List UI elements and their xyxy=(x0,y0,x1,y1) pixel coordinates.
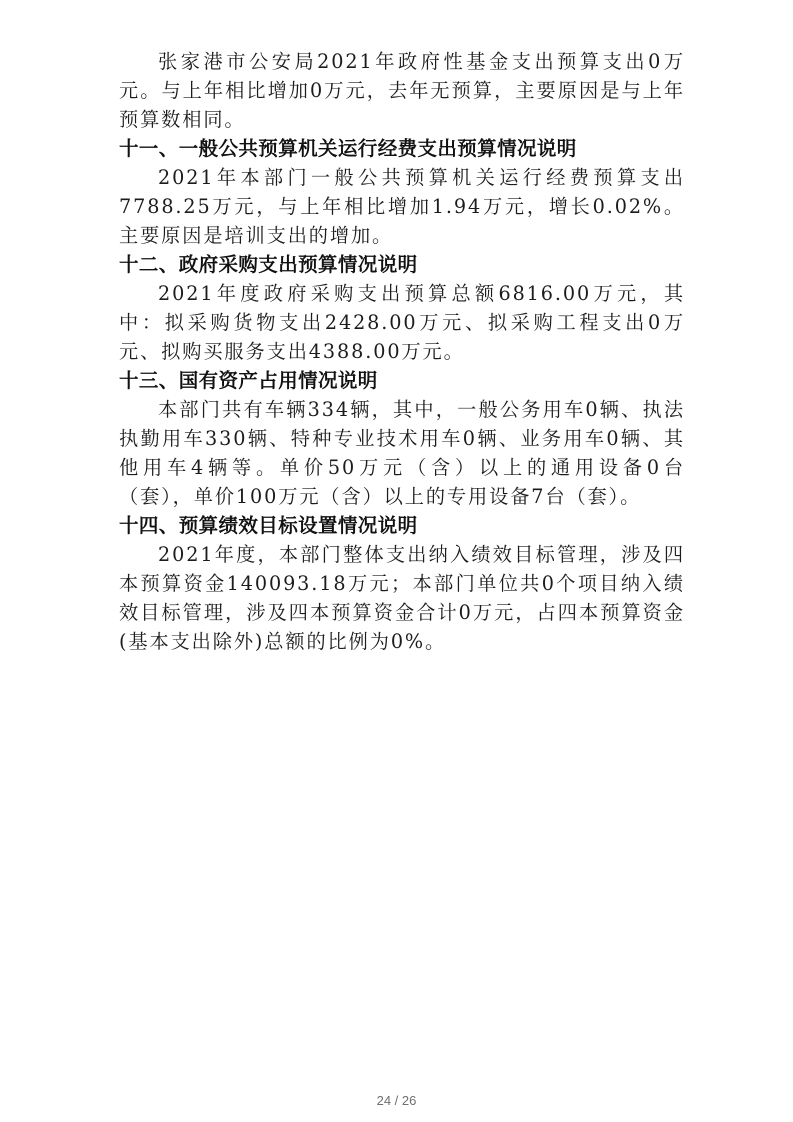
section-heading: 十三、国有资产占用情况说明 xyxy=(119,366,685,395)
page-indicator: 24 / 26 xyxy=(0,1093,793,1108)
section-body: 2021年度，本部门整体支出纳入绩效目标管理，涉及四本预算资金140093.18… xyxy=(119,540,685,656)
section-13: 十三、国有资产占用情况说明 本部门共有车辆334辆，其中，一般公务用车0辆、执法… xyxy=(119,366,685,511)
section-heading: 十二、政府采购支出预算情况说明 xyxy=(119,250,685,279)
section-body: 2021年本部门一般公共预算机关运行经费预算支出7788.25万元，与上年相比增… xyxy=(119,163,685,250)
section-heading: 十四、预算绩效目标设置情况说明 xyxy=(119,511,685,540)
section-11: 十一、一般公共预算机关运行经费支出预算情况说明 2021年本部门一般公共预算机关… xyxy=(119,134,685,250)
section-14: 十四、预算绩效目标设置情况说明 2021年度，本部门整体支出纳入绩效目标管理，涉… xyxy=(119,511,685,656)
section-heading: 十一、一般公共预算机关运行经费支出预算情况说明 xyxy=(119,134,685,163)
section-body: 本部门共有车辆334辆，其中，一般公务用车0辆、执法执勤用车330辆、特种专业技… xyxy=(119,395,685,511)
document-page: 张家港市公安局2021年政府性基金支出预算支出0万元。与上年相比增加0万元，去年… xyxy=(119,47,685,656)
section-12: 十二、政府采购支出预算情况说明 2021年度政府采购支出预算总额6816.00万… xyxy=(119,250,685,366)
intro-paragraph: 张家港市公安局2021年政府性基金支出预算支出0万元。与上年相比增加0万元，去年… xyxy=(119,47,685,134)
section-body: 2021年度政府采购支出预算总额6816.00万元，其中：拟采购货物支出2428… xyxy=(119,279,685,366)
